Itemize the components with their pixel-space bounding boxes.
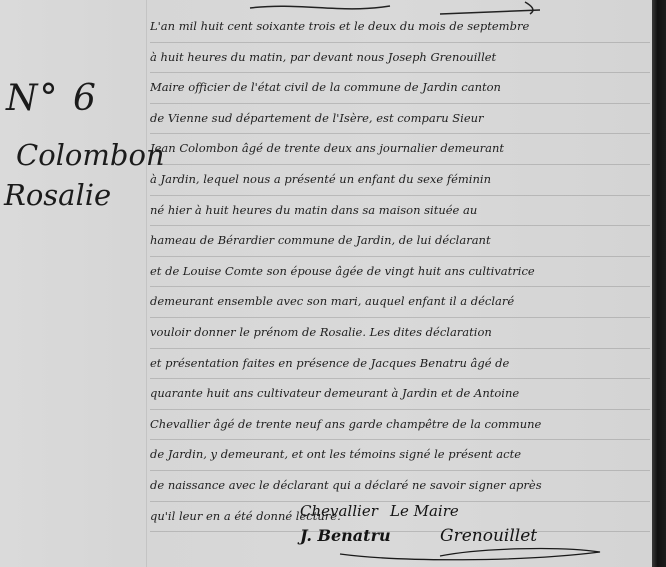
margin-surname: Colombon [16,138,165,172]
margin-rule [146,0,147,567]
text-line: de naissance avec le déclarant qui a déc… [150,471,650,502]
signature-block: Chevallier Le Maire J. Benatru Grenouill… [300,500,640,565]
margin-given-name: Rosalie [4,178,111,212]
text-line: Maire officier de l'état civil de la com… [150,73,650,104]
text-line: quarante huit ans cultivateur demeurant … [150,379,650,410]
text-line: et présentation faites en présence de Ja… [150,349,650,380]
mayor-label: Le Maire [390,502,459,520]
text-line: et de Louise Comte son épouse âgée de vi… [150,257,650,288]
text-line: L'an mil huit cent soixante trois et le … [150,12,650,43]
text-line: né hier à huit heures du matin dans sa m… [150,196,650,227]
text-line: à Jardin, lequel nous a présenté un enfa… [150,165,650,196]
text-line: demeurant ensemble avec son mari, auquel… [150,287,650,318]
text-line: Chevallier âgé de trente neuf ans garde … [150,410,650,441]
entry-number: N° 6 [6,78,98,119]
record-body: L'an mil huit cent soixante trois et le … [150,12,650,532]
text-line: à huit heures du matin, par devant nous … [150,43,650,74]
text-line: de Vienne sud département de l'Isère, es… [150,104,650,135]
text-line: de Jardin, y demeurant, et ont les témoi… [150,440,650,471]
margin-annotation: N° 6 Colombon Rosalie [0,0,145,567]
text-line: hameau de Bérardier commune de Jardin, d… [150,226,650,257]
text-line: vouloir donner le prénom de Rosalie. Les… [150,318,650,349]
text-line: Jean Colombon âgé de trente deux ans jou… [150,134,650,165]
page-edge [652,0,666,567]
signature-witness-chevallier: Chevallier [300,502,378,520]
signature-paraph-icon [320,540,620,564]
register-page: N° 6 Colombon Rosalie L'an mil huit cent… [0,0,652,567]
